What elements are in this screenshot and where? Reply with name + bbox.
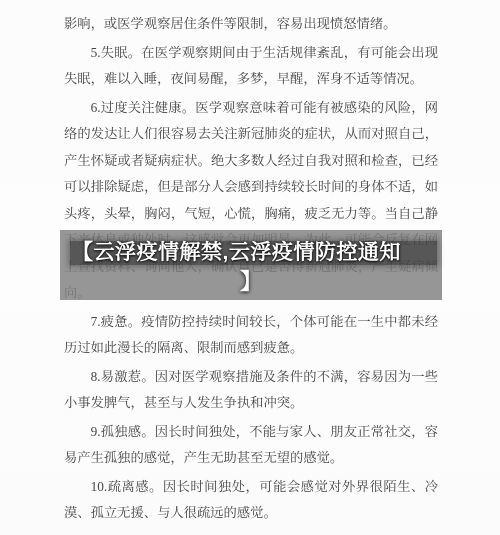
article-paragraph-continuation: 影响，或医学观察居住条件等限制，容易出现愤怒情绪。 xyxy=(64,11,438,38)
document-page: 影响，或医学观察居住条件等限制，容易出现愤怒情绪。 5.失眠。在医学观察期间由于… xyxy=(0,0,500,535)
article-paragraph-item-8-irritability: 8.易激惹。因对医学观察措施及条件的不满，容易因为一些小事发脾气，甚至与人发生争… xyxy=(64,364,438,417)
watermark-title-line2: 】 xyxy=(60,270,442,294)
article-paragraph-item-5-insomnia: 5.失眠。在医学观察期间由于生活规律紊乱，有可能会出现失眠，难以入睡，夜间易醒，… xyxy=(64,40,438,93)
article-paragraph-item-9-loneliness: 9.孤独感。因长时间独处，不能与家人、朋友正常社交，容易产生孤独的感觉，产生无助… xyxy=(64,419,438,472)
watermark-overlay: 【云浮疫情解禁,云浮疫情防控通知 】 xyxy=(60,230,442,300)
watermark-title-strip: 【云浮疫情解禁,云浮疫情防控通知 xyxy=(70,241,437,265)
watermark-title-line1: 【云浮疫情解禁,云浮疫情防控通知 xyxy=(70,241,401,265)
article-paragraph-item-10-alienation: 10.疏离感。因长时间独处，可能会感觉对外界很陌生、冷漠、孤立无援、与人很疏远的… xyxy=(64,474,438,527)
article-paragraph-item-7-fatigue: 7.疲惫。疫情防控持续时间较长，个体可能在一生中都未经历过如此漫长的隔离、限制而… xyxy=(64,309,438,362)
